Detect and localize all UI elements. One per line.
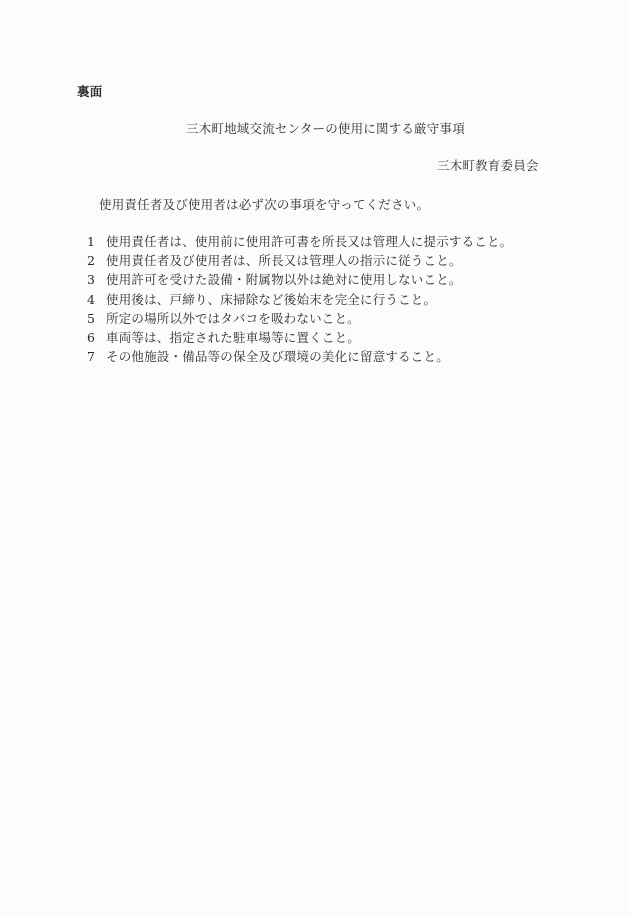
rule-text: 使用後は、戸締り、床掃除など後始末を完全に行うこと。	[106, 290, 436, 309]
rule-item: 6 車両等は、指定された駐車場等に置くこと。	[87, 328, 512, 347]
rule-text: 車両等は、指定された駐車場等に置くこと。	[106, 328, 360, 347]
side-label: 裏面	[77, 84, 102, 100]
rule-number: 5	[87, 309, 106, 328]
rule-number: 3	[87, 270, 106, 289]
rule-item: 4 使用後は、戸締り、床掃除など後始末を完全に行うこと。	[87, 290, 512, 309]
rules-list: 1 使用責任者は、使用前に使用許可書を所長又は管理人に提示すること。 2 使用責…	[87, 232, 512, 366]
rule-number: 2	[87, 251, 106, 270]
rule-item: 3 使用許可を受けた設備・附属物以外は絶対に使用しないこと。	[87, 270, 512, 289]
rule-text: 使用責任者及び使用者は、所長又は管理人の指示に従うこと。	[106, 251, 462, 270]
intro-text: 使用責任者及び使用者は必ず次の事項を守ってください。	[99, 197, 429, 213]
document-page: 裏面 三木町地域交流センターの使用に関する厳守事項 三木町教育委員会 使用責任者…	[0, 0, 630, 916]
rule-text: その他施設・備品等の保全及び環境の美化に留意すること。	[106, 347, 449, 366]
rule-number: 1	[87, 232, 106, 251]
rule-item: 7 その他施設・備品等の保全及び環境の美化に留意すること。	[87, 347, 512, 366]
rule-text: 使用責任者は、使用前に使用許可書を所長又は管理人に提示すること。	[106, 232, 512, 251]
rule-item: 1 使用責任者は、使用前に使用許可書を所長又は管理人に提示すること。	[87, 232, 512, 251]
document-title: 三木町地域交流センターの使用に関する厳守事項	[186, 121, 465, 137]
rule-item: 5 所定の場所以外ではタバコを吸わないこと。	[87, 309, 512, 328]
rule-text: 使用許可を受けた設備・附属物以外は絶対に使用しないこと。	[106, 270, 462, 289]
rule-number: 6	[87, 328, 106, 347]
rule-item: 2 使用責任者及び使用者は、所長又は管理人の指示に従うこと。	[87, 251, 512, 270]
rule-number: 7	[87, 347, 106, 366]
rule-text: 所定の場所以外ではタバコを吸わないこと。	[106, 309, 360, 328]
issuer-name: 三木町教育委員会	[437, 158, 539, 174]
rule-number: 4	[87, 290, 106, 309]
